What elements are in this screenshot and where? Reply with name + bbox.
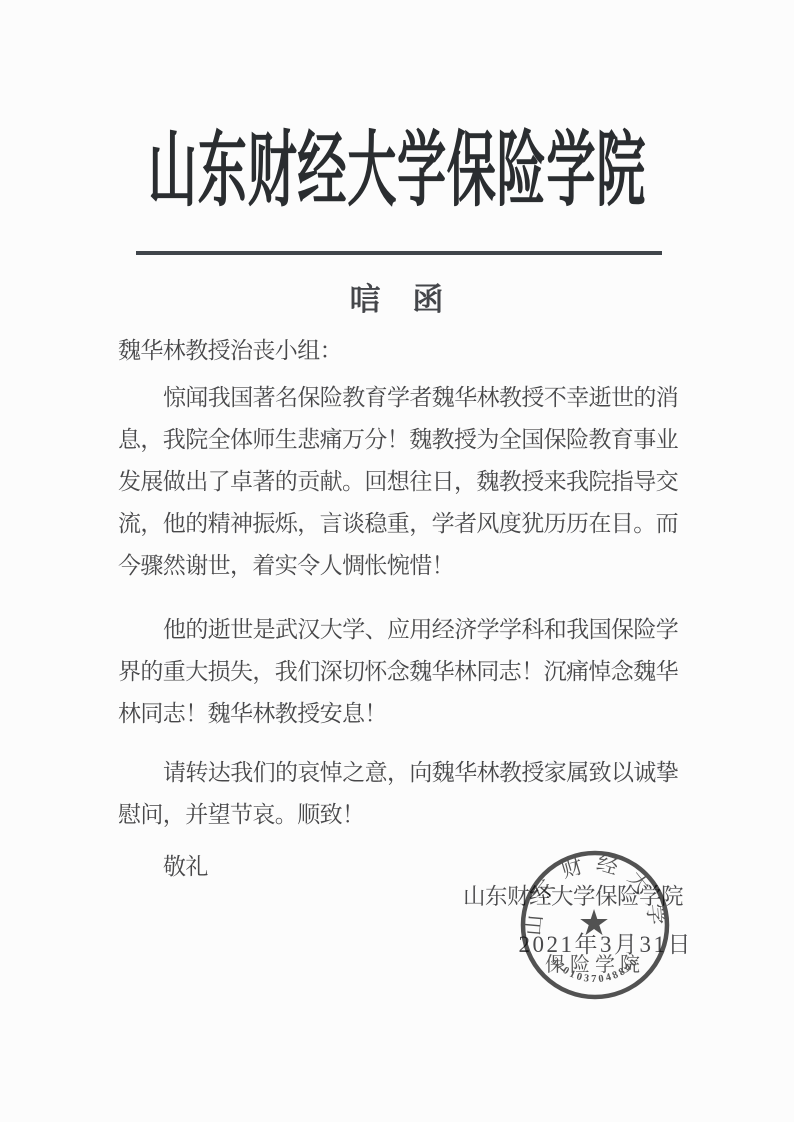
official-seal: 山东财经大学 ★ 保险学院 3701037048840 (517, 847, 673, 1003)
paragraph: 惊闻我国著名保险教育学者魏华林教授不幸逝世的消 息，我院全体师生悲痛万分！魏教授… (118, 377, 678, 587)
letterhead-divider (136, 251, 662, 255)
body-line: 他的逝世是武汉大学、应用经济学学科和我国保险学 (118, 609, 678, 651)
body-line: 流，他的精神振烁，言谈稳重，学者风度犹历历在目。而 (118, 503, 678, 545)
body-line: 息，我院全体师生悲痛万分！魏教授为全国保险教育事业 (118, 419, 678, 461)
body-line: 林同志！魏华林教授安息！ (118, 693, 678, 735)
letter-title: 唁 函 (0, 282, 794, 318)
body-line: 慰问，并望节哀。顺致！ (118, 794, 678, 836)
letterhead-title: 山东财经大学保险学院 (148, 130, 646, 212)
paragraph: 他的逝世是武汉大学、应用经济学学科和我国保险学 界的重大损失，我们深切怀念魏华林… (118, 609, 678, 735)
body-line: 今骤然谢世，着实令人惆怅惋惜！ (118, 545, 678, 587)
letterhead: 山东财经大学保险学院 (0, 118, 794, 224)
body-line: 惊闻我国著名保险教育学者魏华林教授不幸逝世的消 (118, 377, 678, 419)
body-line: 发展做出了卓著的贡献。回想往日，魏教授来我院指导交 (118, 461, 678, 503)
seal-star-icon: ★ (578, 903, 610, 943)
scanned-letter-page: 山东财经大学保险学院 唁 函 魏华林教授治丧小组： 惊闻我国著名保险教育学者魏华… (0, 0, 794, 1122)
salutation: 魏华林教授治丧小组： (118, 330, 678, 372)
body-line: 界的重大损失，我们深切怀念魏华林同志！沉痛悼念魏华 (118, 651, 678, 693)
body-line: 请转达我们的哀悼之意，向魏华林教授家属致以诚挚 (118, 752, 678, 794)
letter-body: 魏华林教授治丧小组： 惊闻我国著名保险教育学者魏华林教授不幸逝世的消 息，我院全… (118, 330, 678, 888)
paragraph: 请转达我们的哀悼之意，向魏华林教授家属致以诚挚 慰问，并望节哀。顺致！ (118, 752, 678, 836)
